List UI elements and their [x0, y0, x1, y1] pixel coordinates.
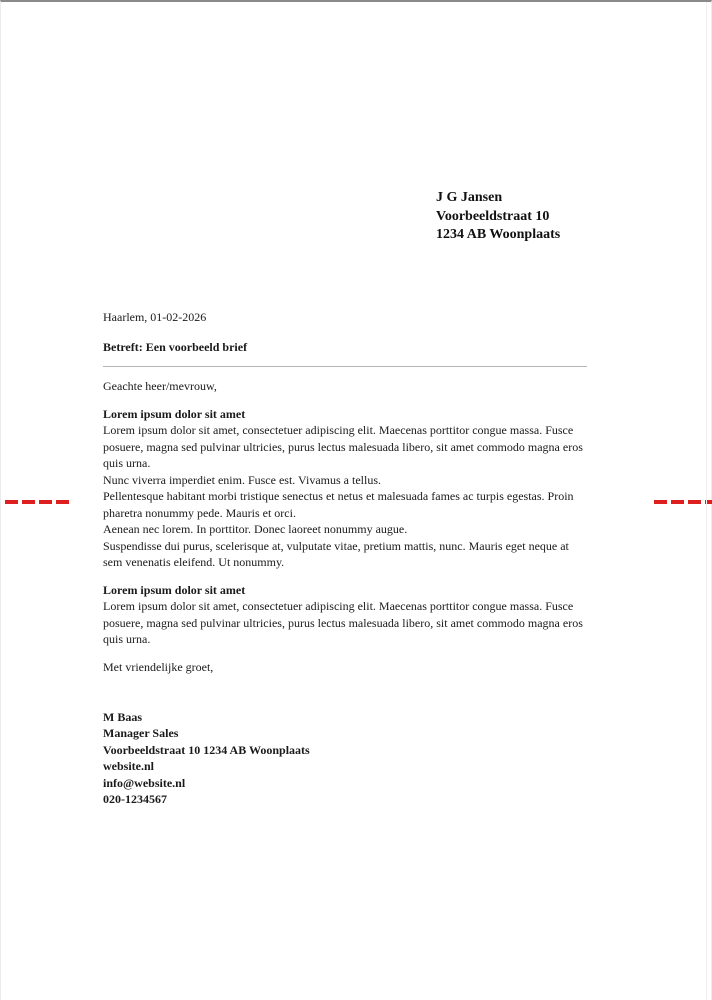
sender-website: website.nl	[103, 758, 589, 774]
divider	[103, 366, 587, 367]
letter-page: J G Jansen Voorbeeldstraat 10 1234 AB Wo…	[0, 0, 712, 1000]
place-date: Haarlem, 01-02-2026	[103, 309, 589, 326]
paragraph: Aenean nec lorem. In porttitor. Donec la…	[103, 521, 589, 538]
fold-mark-right	[654, 500, 712, 504]
fold-mark-left	[5, 500, 69, 504]
sender-name: M Baas	[103, 709, 589, 725]
sender-address: Voorbeeldstraat 10 1234 AB Woonplaats	[103, 742, 589, 758]
letter-body: Haarlem, 01-02-2026 Betreft: Een voorbee…	[103, 309, 589, 807]
section-heading: Lorem ipsum dolor sit amet	[103, 582, 589, 599]
recipient-street: Voorbeeldstraat 10	[436, 208, 560, 227]
paragraph: Pellentesque habitant morbi tristique se…	[103, 488, 589, 521]
sender-email: info@website.nl	[103, 775, 589, 791]
paragraph: Nunc viverra imperdiet enim. Fusce est. …	[103, 472, 589, 489]
letter-section-2: Lorem ipsum dolor sit amet Lorem ipsum d…	[103, 582, 589, 648]
salutation: Geachte heer/mevrouw,	[103, 378, 589, 395]
section-heading: Lorem ipsum dolor sit amet	[103, 406, 589, 423]
paragraph: Lorem ipsum dolor sit amet, consectetuer…	[103, 598, 589, 648]
letter-section-1: Lorem ipsum dolor sit amet Lorem ipsum d…	[103, 406, 589, 571]
paragraph: Suspendisse dui purus, scelerisque at, v…	[103, 538, 589, 571]
subject-line: Betreft: Een voorbeeld brief	[103, 339, 589, 356]
signature-block: M Baas Manager Sales Voorbeeldstraat 10 …	[103, 709, 589, 807]
sender-title: Manager Sales	[103, 725, 589, 741]
closing: Met vriendelijke groet,	[103, 659, 589, 676]
recipient-address-block: J G Jansen Voorbeeldstraat 10 1234 AB Wo…	[436, 189, 560, 245]
sender-phone: 020-1234567	[103, 791, 589, 807]
recipient-name: J G Jansen	[436, 189, 560, 208]
paragraph: Lorem ipsum dolor sit amet, consectetuer…	[103, 422, 589, 472]
recipient-postal-city: 1234 AB Woonplaats	[436, 226, 560, 245]
